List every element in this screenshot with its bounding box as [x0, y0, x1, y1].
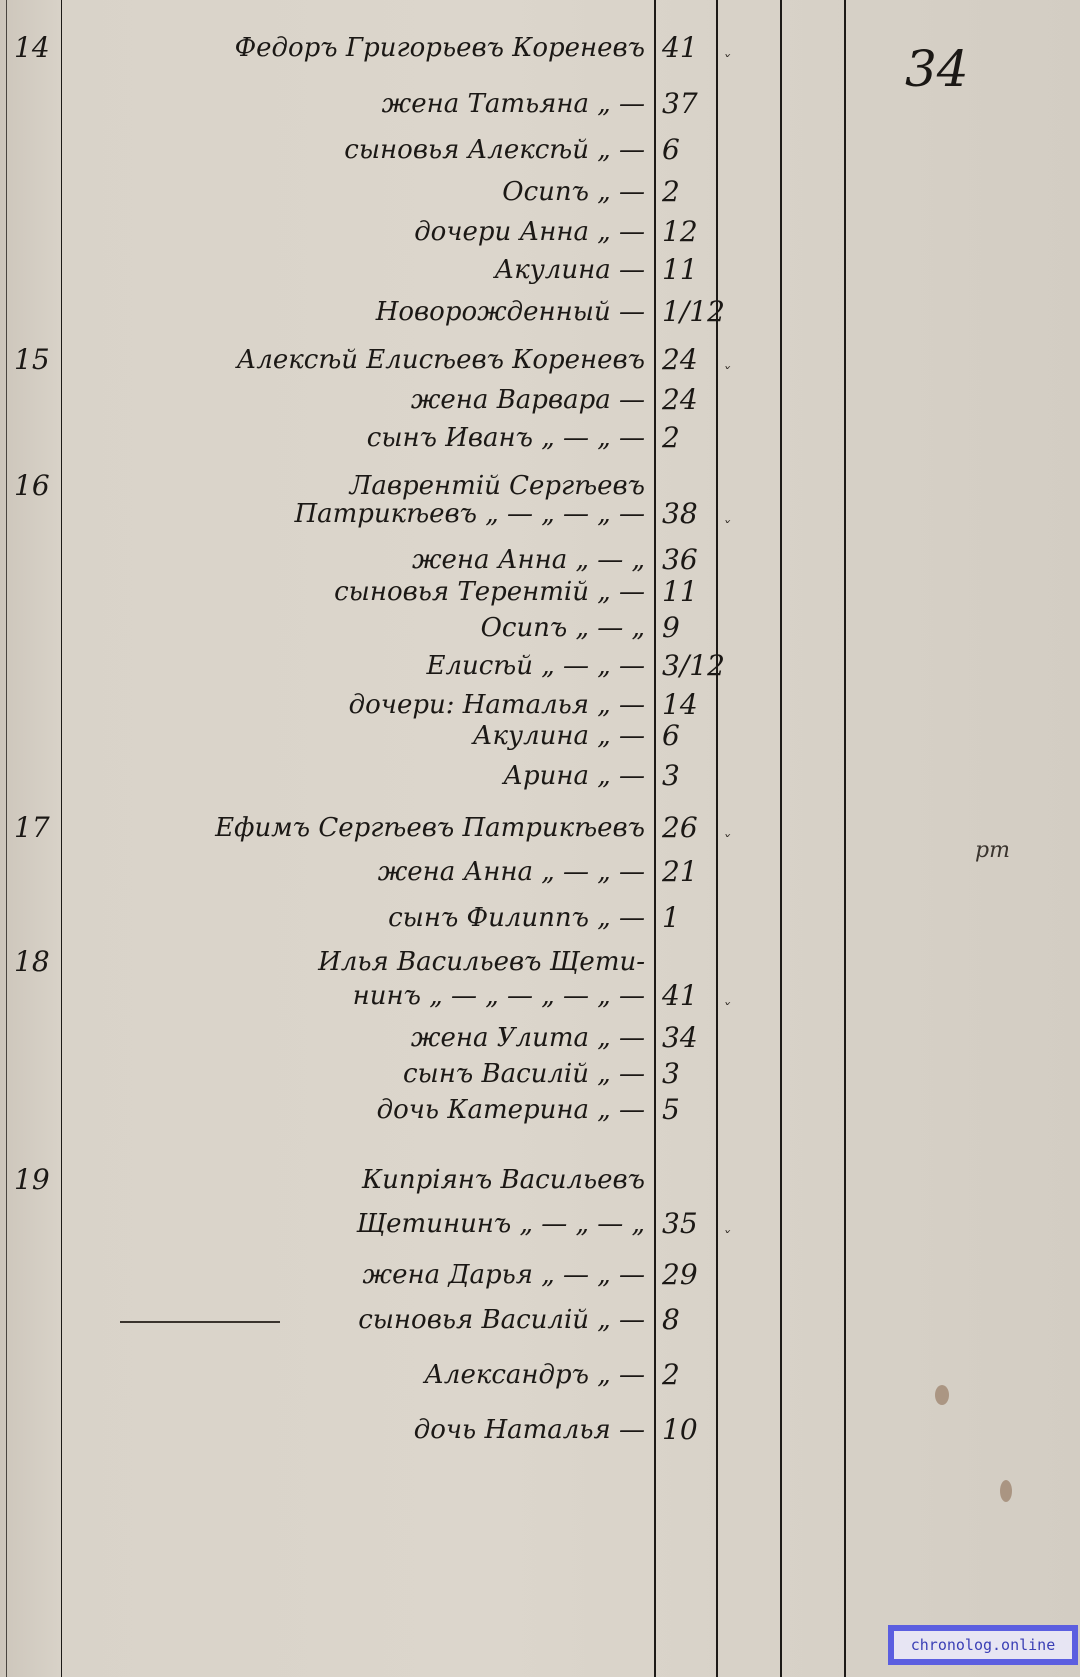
margin-note: рт	[975, 838, 1010, 863]
census-entry-row: нинъ „ — „ — „ — „ —41˯	[0, 976, 780, 1016]
watermark-text: chronolog.online	[894, 1631, 1072, 1659]
person-name: дочери Анна „ —	[414, 212, 645, 252]
person-name: жена Дарья „ — „ —	[363, 1255, 645, 1295]
name-cell: сыновья Алексѣй „ —	[70, 130, 645, 170]
census-entry-row: Патрикѣевъ „ — „ — „ —38˯	[0, 494, 780, 534]
person-name: Арина „ —	[503, 756, 645, 796]
age-value: 6	[662, 130, 722, 170]
person-name: жена Анна „ — „ —	[378, 852, 645, 892]
age-value: 3	[662, 756, 722, 796]
household-number: 15	[14, 340, 54, 380]
census-entry-row: сыновья Алексѣй „ —6	[0, 130, 780, 170]
age-value: 3/12	[662, 646, 722, 686]
age-value: 2	[662, 1355, 722, 1395]
age-value: 1/12	[662, 292, 722, 332]
name-cell: Акулина „ —	[70, 716, 645, 756]
check-mark-icon: ˯	[724, 808, 732, 848]
age-value: 9	[662, 608, 722, 648]
census-entry-row: жена Варвара —24	[0, 380, 780, 420]
name-cell: сынъ Василій „ —	[70, 1054, 645, 1094]
name-cell: дочери Анна „ —	[70, 212, 645, 252]
name-cell: Александръ „ —	[70, 1355, 645, 1395]
age-value: 12	[662, 212, 722, 252]
paper-stain	[1000, 1480, 1012, 1502]
check-mark-icon: ˯	[724, 340, 732, 380]
age-value: 29	[662, 1255, 722, 1295]
census-entry-row: Акулина „ —6	[0, 716, 780, 756]
household-number: 14	[14, 28, 54, 68]
name-cell: Елисѣй „ — „ —	[70, 646, 645, 686]
paper-stain	[935, 1385, 949, 1405]
check-mark-icon: ˯	[724, 28, 732, 68]
census-entry-row: Акулина —11	[0, 250, 780, 290]
person-name: Александръ „ —	[424, 1355, 645, 1395]
person-name: Ефимъ Сергѣевъ Патрикѣевъ	[215, 808, 645, 848]
census-entry-row: Щетининъ „ — „ — „35˯	[0, 1204, 780, 1244]
census-entry-row: 14Федоръ Григорьевъ Кореневъ41˯	[0, 28, 780, 68]
census-entry-row: сыновья Василій „ —8	[0, 1300, 780, 1340]
person-name: Новорожденный —	[376, 292, 645, 332]
person-name: Елисѣй „ — „ —	[426, 646, 645, 686]
census-entry-row: Новорожденный —1/12	[0, 292, 780, 332]
age-value: 8	[662, 1300, 722, 1340]
name-cell: Ефимъ Сергѣевъ Патрикѣевъ	[70, 808, 645, 848]
age-value: 41	[662, 976, 722, 1016]
person-name: сыновья Терентій „ —	[334, 572, 645, 612]
name-cell: Осипъ „ —	[70, 172, 645, 212]
name-cell: сынъ Иванъ „ — „ —	[70, 418, 645, 458]
age-value: 34	[662, 1018, 722, 1058]
age-value: 6	[662, 716, 722, 756]
household-number: 19	[14, 1160, 54, 1200]
age-value: 3	[662, 1054, 722, 1094]
name-cell: жена Дарья „ — „ —	[70, 1255, 645, 1295]
check-mark-icon: ˯	[724, 976, 732, 1016]
person-name: сыновья Алексѣй „ —	[344, 130, 645, 170]
census-entry-row: жена Анна „ — „ —21	[0, 852, 780, 892]
person-name: дочь Катерина „ —	[377, 1090, 645, 1130]
name-cell: дочь Наталья —	[70, 1410, 645, 1450]
person-name: Федоръ Григорьевъ Кореневъ	[235, 28, 645, 68]
census-entry-row: 17Ефимъ Сергѣевъ Патрикѣевъ26˯	[0, 808, 780, 848]
person-name: жена Улита „ —	[411, 1018, 645, 1058]
person-name: Кипріянъ Васильевъ	[362, 1160, 645, 1200]
census-entry-row: сынъ Василій „ —3	[0, 1054, 780, 1094]
person-name: Щетининъ „ — „ — „	[356, 1204, 645, 1244]
census-entry-row: сынъ Иванъ „ — „ —2	[0, 418, 780, 458]
column-rule-3	[780, 0, 782, 1677]
age-value: 38	[662, 494, 722, 534]
name-cell: Арина „ —	[70, 756, 645, 796]
age-value: 24	[662, 380, 722, 420]
person-name: Алексѣй Елисѣевъ Кореневъ	[237, 340, 645, 380]
age-value: 41	[662, 28, 722, 68]
name-cell: сыновья Терентій „ —	[70, 572, 645, 612]
age-value: 37	[662, 84, 722, 124]
census-entry-row: сыновья Терентій „ —11	[0, 572, 780, 612]
age-value: 5	[662, 1090, 722, 1130]
name-cell: нинъ „ — „ — „ — „ —	[70, 976, 645, 1016]
census-entry-row: 15Алексѣй Елисѣевъ Кореневъ24˯	[0, 340, 780, 380]
name-cell: сыновья Василій „ —	[70, 1300, 645, 1340]
census-entry-row: Арина „ —3	[0, 756, 780, 796]
name-cell: Алексѣй Елисѣевъ Кореневъ	[70, 340, 645, 380]
census-entry-row: жена Дарья „ — „ —29	[0, 1255, 780, 1295]
name-cell: Патрикѣевъ „ — „ — „ —	[70, 494, 645, 534]
census-entry-row: Елисѣй „ — „ —3/12	[0, 646, 780, 686]
census-entry-row: Осипъ „ —2	[0, 172, 780, 212]
census-page: 34 рт 14Федоръ Григорьевъ Кореневъ41˯жен…	[0, 0, 1080, 1677]
age-value: 2	[662, 172, 722, 212]
person-name: Акулина —	[495, 250, 646, 290]
name-cell: жена Татьяна „ —	[70, 84, 645, 124]
name-cell: Новорожденный —	[70, 292, 645, 332]
age-value: 11	[662, 572, 722, 612]
age-value: 11	[662, 250, 722, 290]
age-value: 24	[662, 340, 722, 380]
person-name: Осипъ „ — „	[481, 608, 645, 648]
census-entry-row: сынъ Филиппъ „ —1	[0, 898, 780, 938]
check-mark-icon: ˯	[724, 1204, 732, 1244]
census-entry-row: Осипъ „ — „9	[0, 608, 780, 648]
age-value: 26	[662, 808, 722, 848]
column-rule-4	[844, 0, 846, 1677]
household-number: 17	[14, 808, 54, 848]
name-cell: Щетининъ „ — „ — „	[70, 1204, 645, 1244]
age-value: 2	[662, 418, 722, 458]
watermark-badge[interactable]: chronolog.online	[888, 1625, 1078, 1665]
age-value: 21	[662, 852, 722, 892]
census-entry-row: жена Татьяна „ —37	[0, 84, 780, 124]
name-cell: Акулина —	[70, 250, 645, 290]
census-entry-row: дочь Наталья —10	[0, 1410, 780, 1450]
person-name: сынъ Иванъ „ — „ —	[367, 418, 645, 458]
census-entry-row: дочь Катерина „ —5	[0, 1090, 780, 1130]
person-name: жена Варвара —	[411, 380, 645, 420]
person-name: дочь Наталья —	[414, 1410, 645, 1450]
person-name: Акулина „ —	[473, 716, 645, 756]
census-entry-row: Александръ „ —2	[0, 1355, 780, 1395]
person-name: сынъ Филиппъ „ —	[388, 898, 645, 938]
census-entry-row: жена Улита „ —34	[0, 1018, 780, 1058]
age-value: 35	[662, 1204, 722, 1244]
name-cell: жена Варвара —	[70, 380, 645, 420]
age-value: 10	[662, 1410, 722, 1450]
person-name: жена Татьяна „ —	[382, 84, 645, 124]
census-entry-row: дочери Анна „ —12	[0, 212, 780, 252]
name-cell: жена Улита „ —	[70, 1018, 645, 1058]
page-number: 34	[905, 40, 969, 98]
check-mark-icon: ˯	[724, 494, 732, 534]
person-name: сыновья Василій „ —	[358, 1300, 645, 1340]
name-cell: Осипъ „ — „	[70, 608, 645, 648]
census-entry-row: 19Кипріянъ Васильевъ	[0, 1160, 780, 1200]
age-value: 1	[662, 898, 722, 938]
person-name: нинъ „ — „ — „ — „ —	[353, 976, 645, 1016]
person-name: сынъ Василій „ —	[403, 1054, 645, 1094]
name-cell: дочь Катерина „ —	[70, 1090, 645, 1130]
person-name: Осипъ „ —	[502, 172, 645, 212]
name-cell: Федоръ Григорьевъ Кореневъ	[70, 28, 645, 68]
name-cell: Кипріянъ Васильевъ	[70, 1160, 645, 1200]
name-cell: жена Анна „ — „ —	[70, 852, 645, 892]
name-cell: сынъ Филиппъ „ —	[70, 898, 645, 938]
person-name: Патрикѣевъ „ — „ — „ —	[294, 494, 645, 534]
